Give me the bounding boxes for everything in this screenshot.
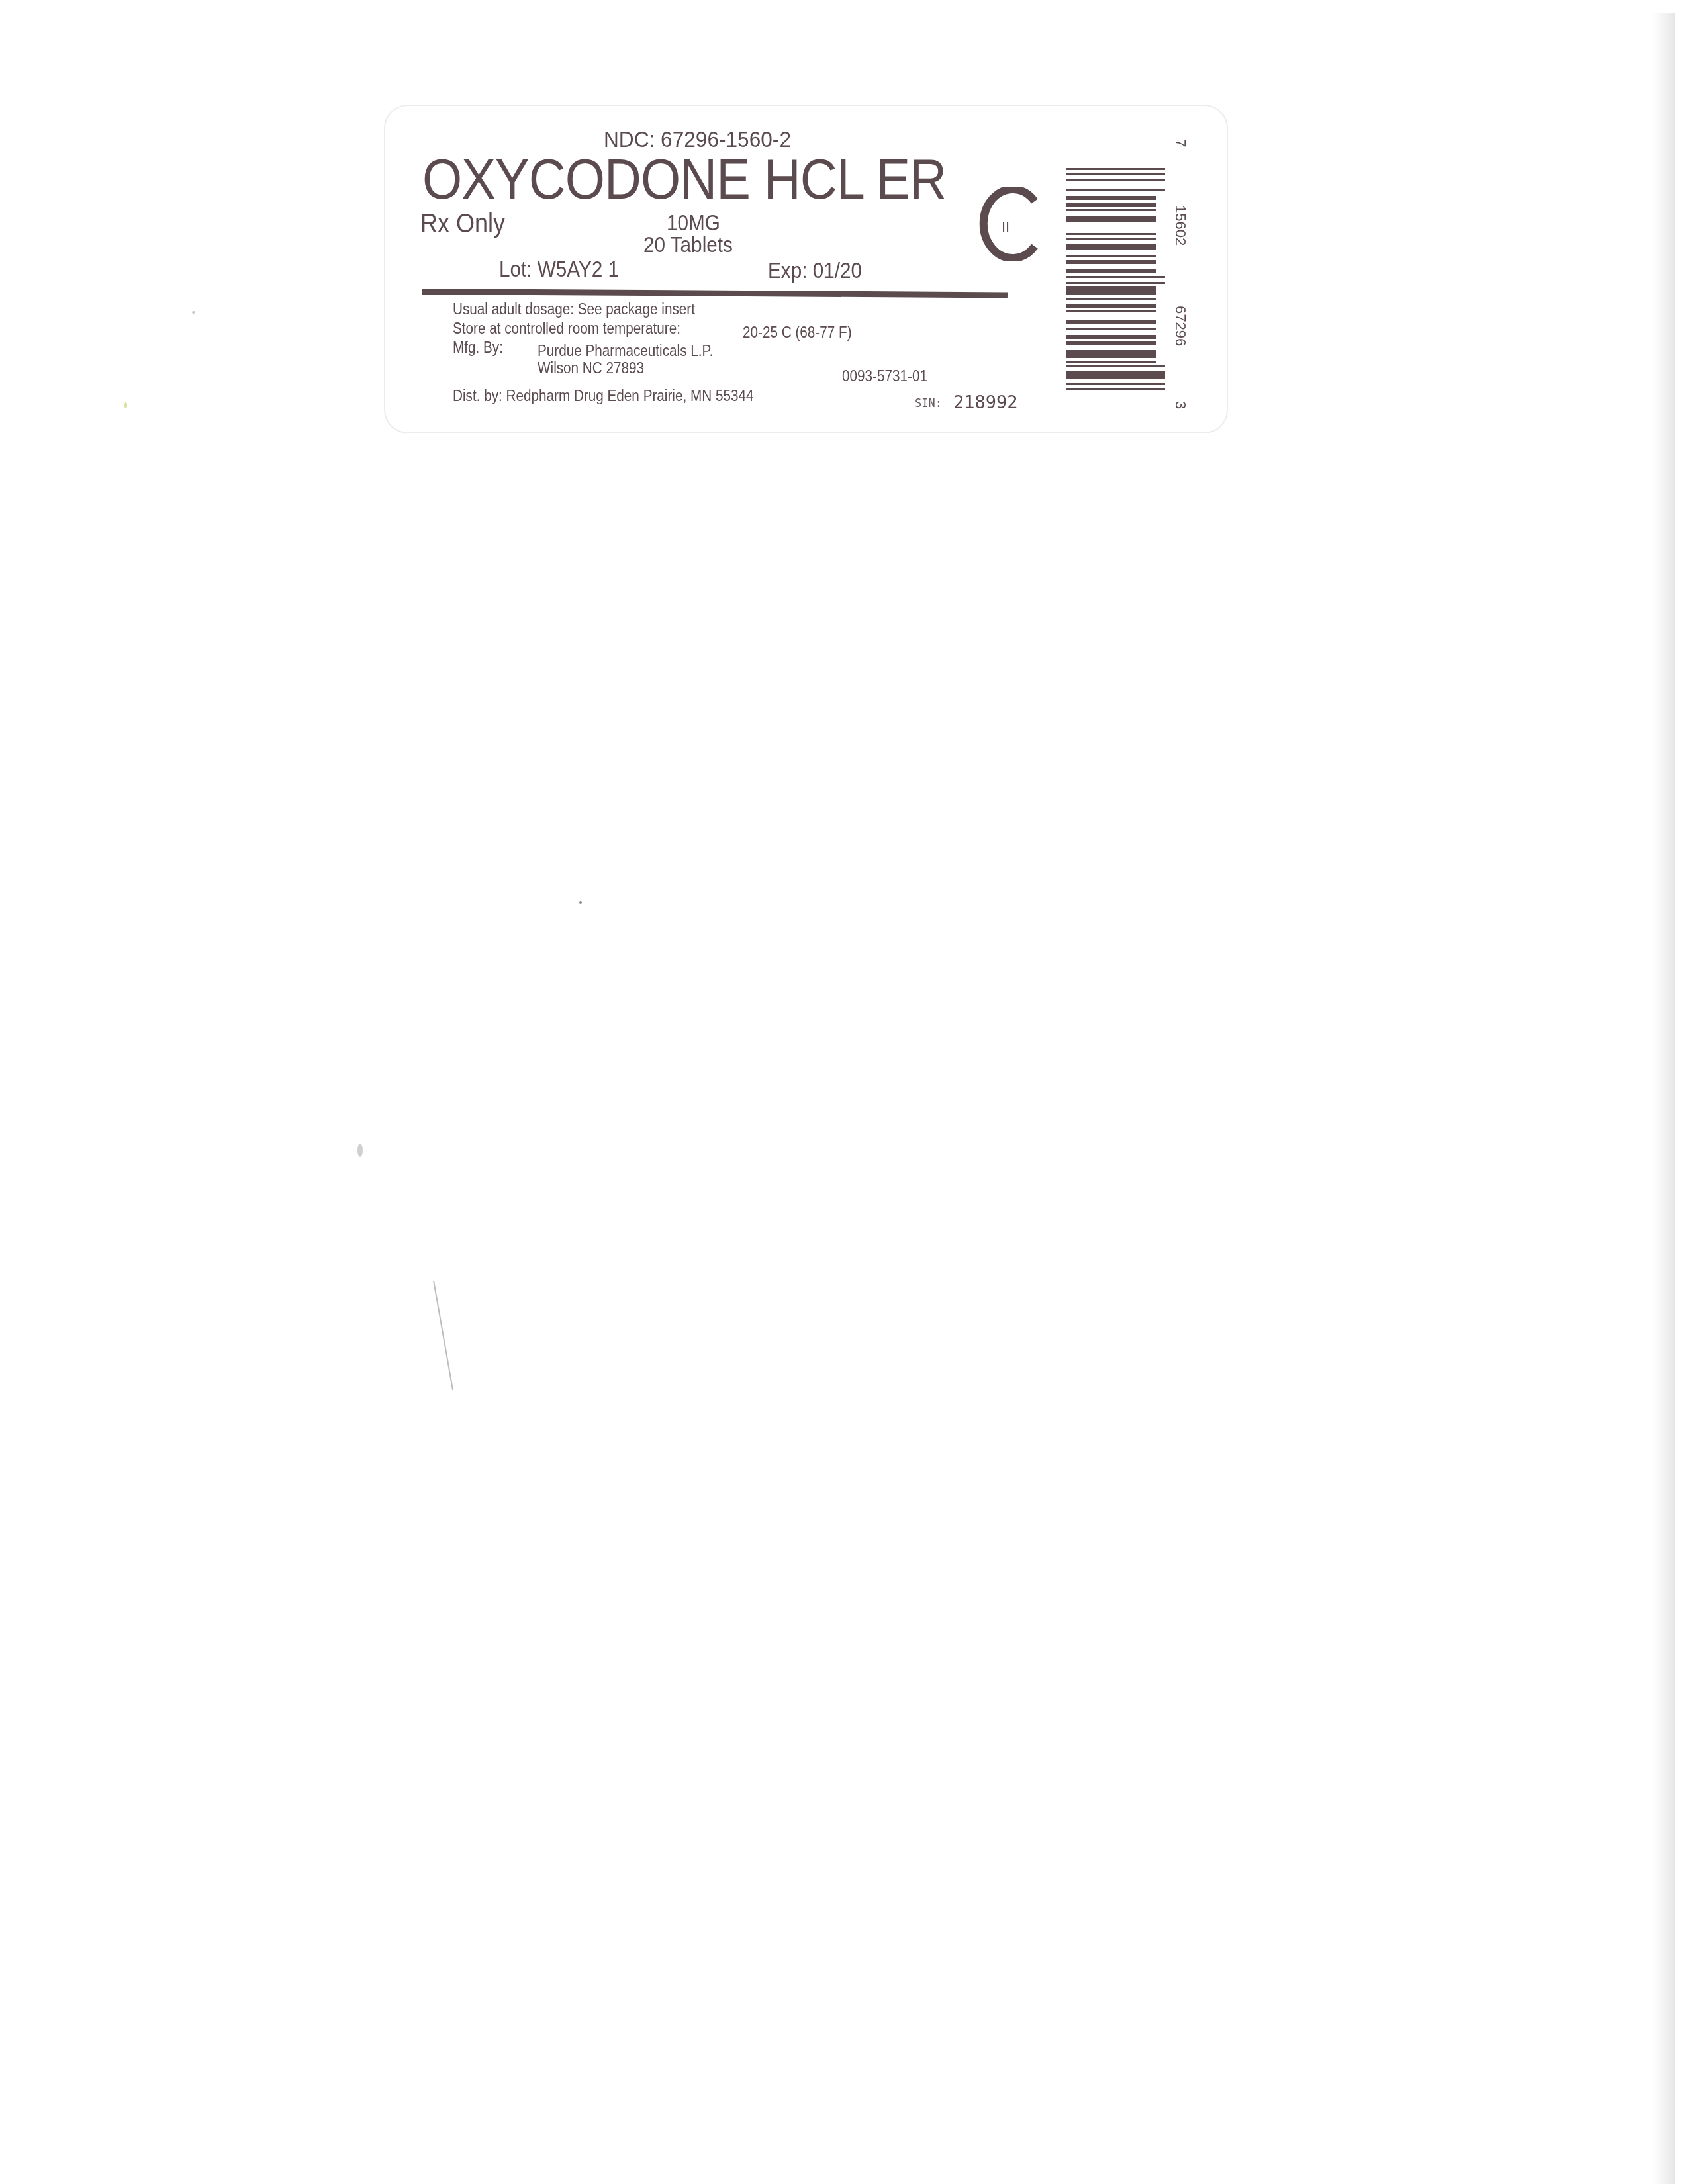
storage-temperature: 20-25 C (68-77 F) bbox=[743, 325, 852, 340]
expiration-date: Exp: 01/20 bbox=[768, 259, 862, 281]
schedule-ii-icon: II bbox=[976, 187, 1041, 261]
prescription-label: NDC: 67296-1560-2 OXYCODONE HCL ER Rx On… bbox=[384, 105, 1228, 433]
scan-page-edge bbox=[1652, 13, 1675, 2184]
sin-value: 218992 bbox=[953, 394, 1018, 412]
manufacturer-address: Wilson NC 27893 bbox=[538, 361, 644, 376]
barcode-digit: 3 bbox=[1173, 401, 1188, 409]
drug-name: OXYCODONE HCL ER bbox=[422, 151, 946, 208]
schedule-numeral: II bbox=[1002, 218, 1009, 235]
tablet-count: 20 Tablets bbox=[643, 234, 733, 255]
scan-speck bbox=[192, 311, 195, 314]
barcode-icon bbox=[1066, 168, 1165, 393]
manufacturer-name: Purdue Pharmaceuticals L.P. bbox=[538, 343, 713, 359]
strength: 10MG bbox=[667, 212, 720, 234]
storage-instructions: Store at controlled room temperature: bbox=[453, 321, 680, 336]
rx-only-text: Rx Only bbox=[420, 210, 505, 237]
sin-label: SIN: bbox=[915, 398, 942, 410]
product-code: 0093-5731-01 bbox=[842, 369, 927, 384]
manufacturer-label: Mfg. By: bbox=[453, 340, 503, 355]
scan-speck bbox=[357, 1144, 363, 1157]
lot-number: Lot: W5AY2 1 bbox=[499, 258, 619, 280]
scan-speck bbox=[124, 402, 127, 408]
barcode-digit: 67296 bbox=[1173, 306, 1188, 346]
barcode-digit: 7 bbox=[1173, 139, 1188, 147]
divider-bar bbox=[422, 289, 1008, 298]
scan-speck bbox=[579, 901, 582, 904]
scan-hair-artifact bbox=[430, 1277, 457, 1396]
barcode-digit: 15602 bbox=[1173, 205, 1188, 246]
distributor: Dist. by: Redpharm Drug Eden Prairie, MN… bbox=[453, 388, 753, 404]
dosage-instructions: Usual adult dosage: See package insert bbox=[453, 302, 695, 317]
